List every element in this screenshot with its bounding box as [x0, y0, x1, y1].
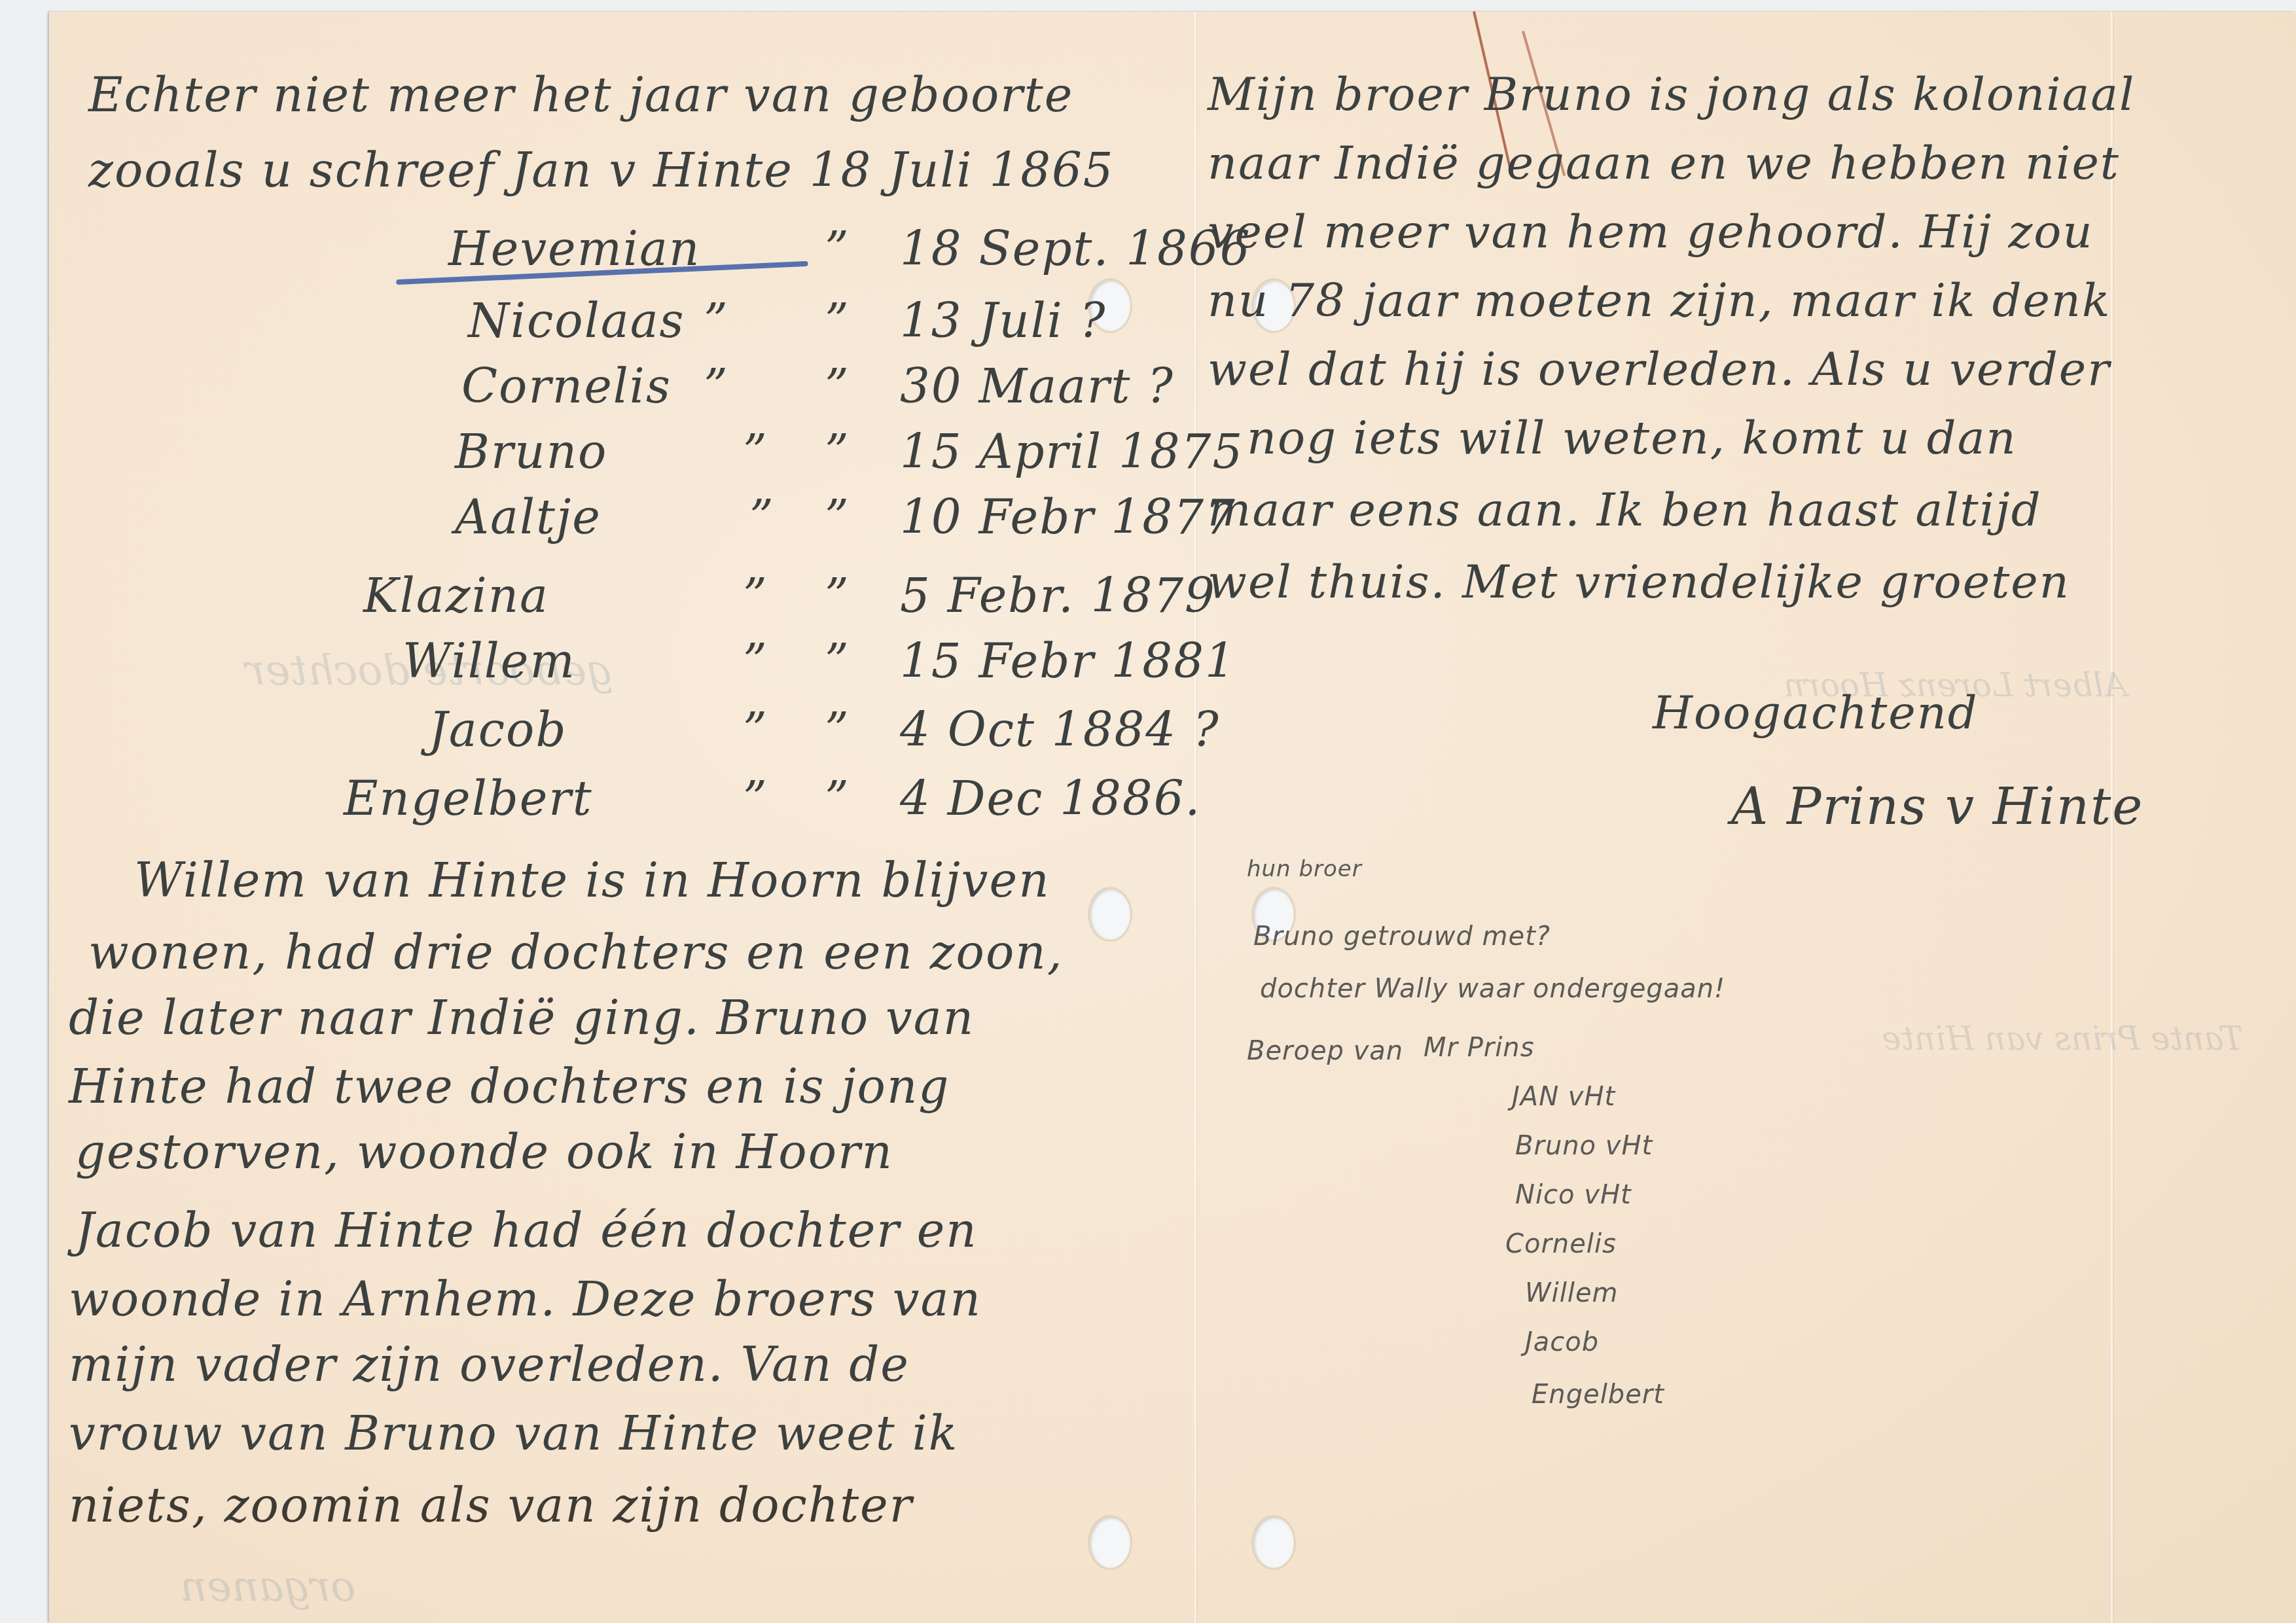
birth-date: 30 Maart ?: [900, 359, 1174, 414]
intro-line: zooals u schreef Jan v Hinte 18 Juli 186…: [88, 143, 1115, 198]
paragraph-line: Willem van Hinte is in Hoorn blijven: [134, 853, 1050, 908]
pencil-list-item: Bruno vHt: [1515, 1131, 1653, 1161]
bleed-through-text: Tante Prins van Hinte: [1882, 1020, 2243, 1058]
birth-date: 4 Oct 1884 ?: [900, 702, 1220, 757]
ditto-mark: ”: [825, 490, 850, 544]
child-name: Klazina: [363, 568, 549, 623]
birth-date: 4 Dec 1886.: [900, 771, 1201, 826]
intro-line: Echter niet meer het jaar van geboorte: [88, 67, 1073, 122]
paragraph-line: nu 78 jaar moeten zijn, maar ik denk: [1208, 274, 2111, 327]
ditto-mark: ”: [825, 702, 850, 757]
child-name: Willem: [403, 633, 576, 688]
paragraph-line: gestorven, woonde ook in Hoorn: [75, 1124, 893, 1179]
birth-date: 15 Febr 1881: [900, 633, 1236, 688]
child-name: Aaltje: [455, 490, 601, 544]
pencil-list-item: Jacob: [1525, 1327, 1599, 1357]
birth-date: 13 Juli ?: [900, 293, 1106, 348]
ditto-mark: ”: [825, 424, 850, 479]
paragraph-line: Hinte had twee dochters en is jong: [69, 1059, 950, 1114]
child-name: Engelbert: [344, 771, 593, 826]
ditto-mark: ”: [743, 702, 768, 757]
pencil-list-item: Engelbert: [1532, 1380, 1664, 1410]
birth-date: 18 Sept. 1866: [900, 221, 1251, 276]
bleed-through-text: organen: [180, 1563, 356, 1611]
pencil-list-item: Willem: [1525, 1278, 1618, 1308]
pencil-list-item: JAN vHt: [1512, 1082, 1615, 1112]
paragraph-line: woonde in Arnhem. Deze broers van: [69, 1272, 982, 1327]
paragraph-line: naar Indië gegaan en we hebben niet: [1208, 136, 2120, 190]
pencil-note-label: hun broer: [1247, 856, 1362, 882]
ditto-mark: ”: [743, 424, 768, 479]
paragraph-line: wonen, had drie dochters en een zoon,: [88, 925, 1064, 980]
birth-date: 10 Febr 1877: [900, 490, 1236, 544]
child-name: Nicolaas: [468, 293, 685, 348]
signature: A Prins v Hinte: [1731, 777, 2144, 836]
child-name: Cornelis: [461, 359, 672, 414]
paragraph-line: mijn vader zijn overleden. Van de: [69, 1337, 910, 1392]
paragraph-line: Mijn broer Bruno is jong als koloniaal: [1208, 67, 2135, 121]
paragraph-line: nog iets will weten, komt u dan: [1247, 411, 2017, 465]
pencil-list-item: Cornelis: [1505, 1229, 1617, 1259]
paragraph-line: veel meer van hem gehoord. Hij zou: [1208, 205, 2094, 259]
pencil-note: dochter Wally waar ondergegaan!: [1260, 974, 1725, 1004]
ditto-mark: ”: [825, 359, 850, 414]
pencil-note: Bruno getrouwd met?: [1253, 921, 1551, 952]
ditto-mark: ”: [825, 633, 850, 688]
pencil-list-label: Beroep van: [1247, 1036, 1403, 1066]
ditto-mark: ”: [825, 771, 850, 826]
letter-page: organen geboorte dochter Albert Lorenz H…: [49, 12, 2296, 1623]
birth-date: 5 Febr. 1879: [900, 568, 1216, 623]
paragraph-line: vrouw van Bruno van Hinte weet ik: [69, 1406, 958, 1461]
closing-salutation: Hoogachtend: [1653, 686, 1979, 740]
child-name: Jacob: [429, 702, 567, 757]
ditto-mark: ”: [825, 221, 850, 276]
paragraph-line: wel dat hij is overleden. Als u verder: [1208, 342, 2111, 396]
ditto-mark: ”: [743, 633, 768, 688]
punch-hole: [1253, 1517, 1294, 1568]
birth-date: 15 April 1875: [900, 424, 1244, 479]
ditto-mark: ”: [704, 293, 729, 348]
punch-hole: [1090, 889, 1130, 940]
paragraph-line: maar eens aan. Ik ben haast altijd: [1208, 483, 2042, 537]
ditto-mark: ”: [825, 568, 850, 623]
child-name: Hevemian: [448, 221, 700, 276]
ditto-mark: ”: [825, 293, 850, 348]
punch-hole: [1090, 1517, 1130, 1568]
ditto-mark: ”: [743, 771, 768, 826]
paragraph-line: niets, zoomin als van zijn dochter: [69, 1478, 913, 1533]
table-row: Willem ” ” 15 Febr 1881: [49, 633, 2296, 692]
paragraph-line: wel thuis. Met vriendelijke groeten: [1208, 555, 2070, 609]
ditto-mark: ”: [743, 568, 768, 623]
child-name: Bruno: [455, 424, 607, 479]
paragraph-line: die later naar Indië ging. Bruno van: [69, 990, 975, 1045]
ditto-mark: ”: [704, 359, 729, 414]
ditto-mark: ”: [749, 490, 775, 544]
paragraph-line: Jacob van Hinte had één dochter en: [75, 1203, 978, 1258]
pencil-list-item: Nico vHt: [1515, 1180, 1632, 1210]
pencil-list-header: Mr Prins: [1424, 1033, 1535, 1063]
